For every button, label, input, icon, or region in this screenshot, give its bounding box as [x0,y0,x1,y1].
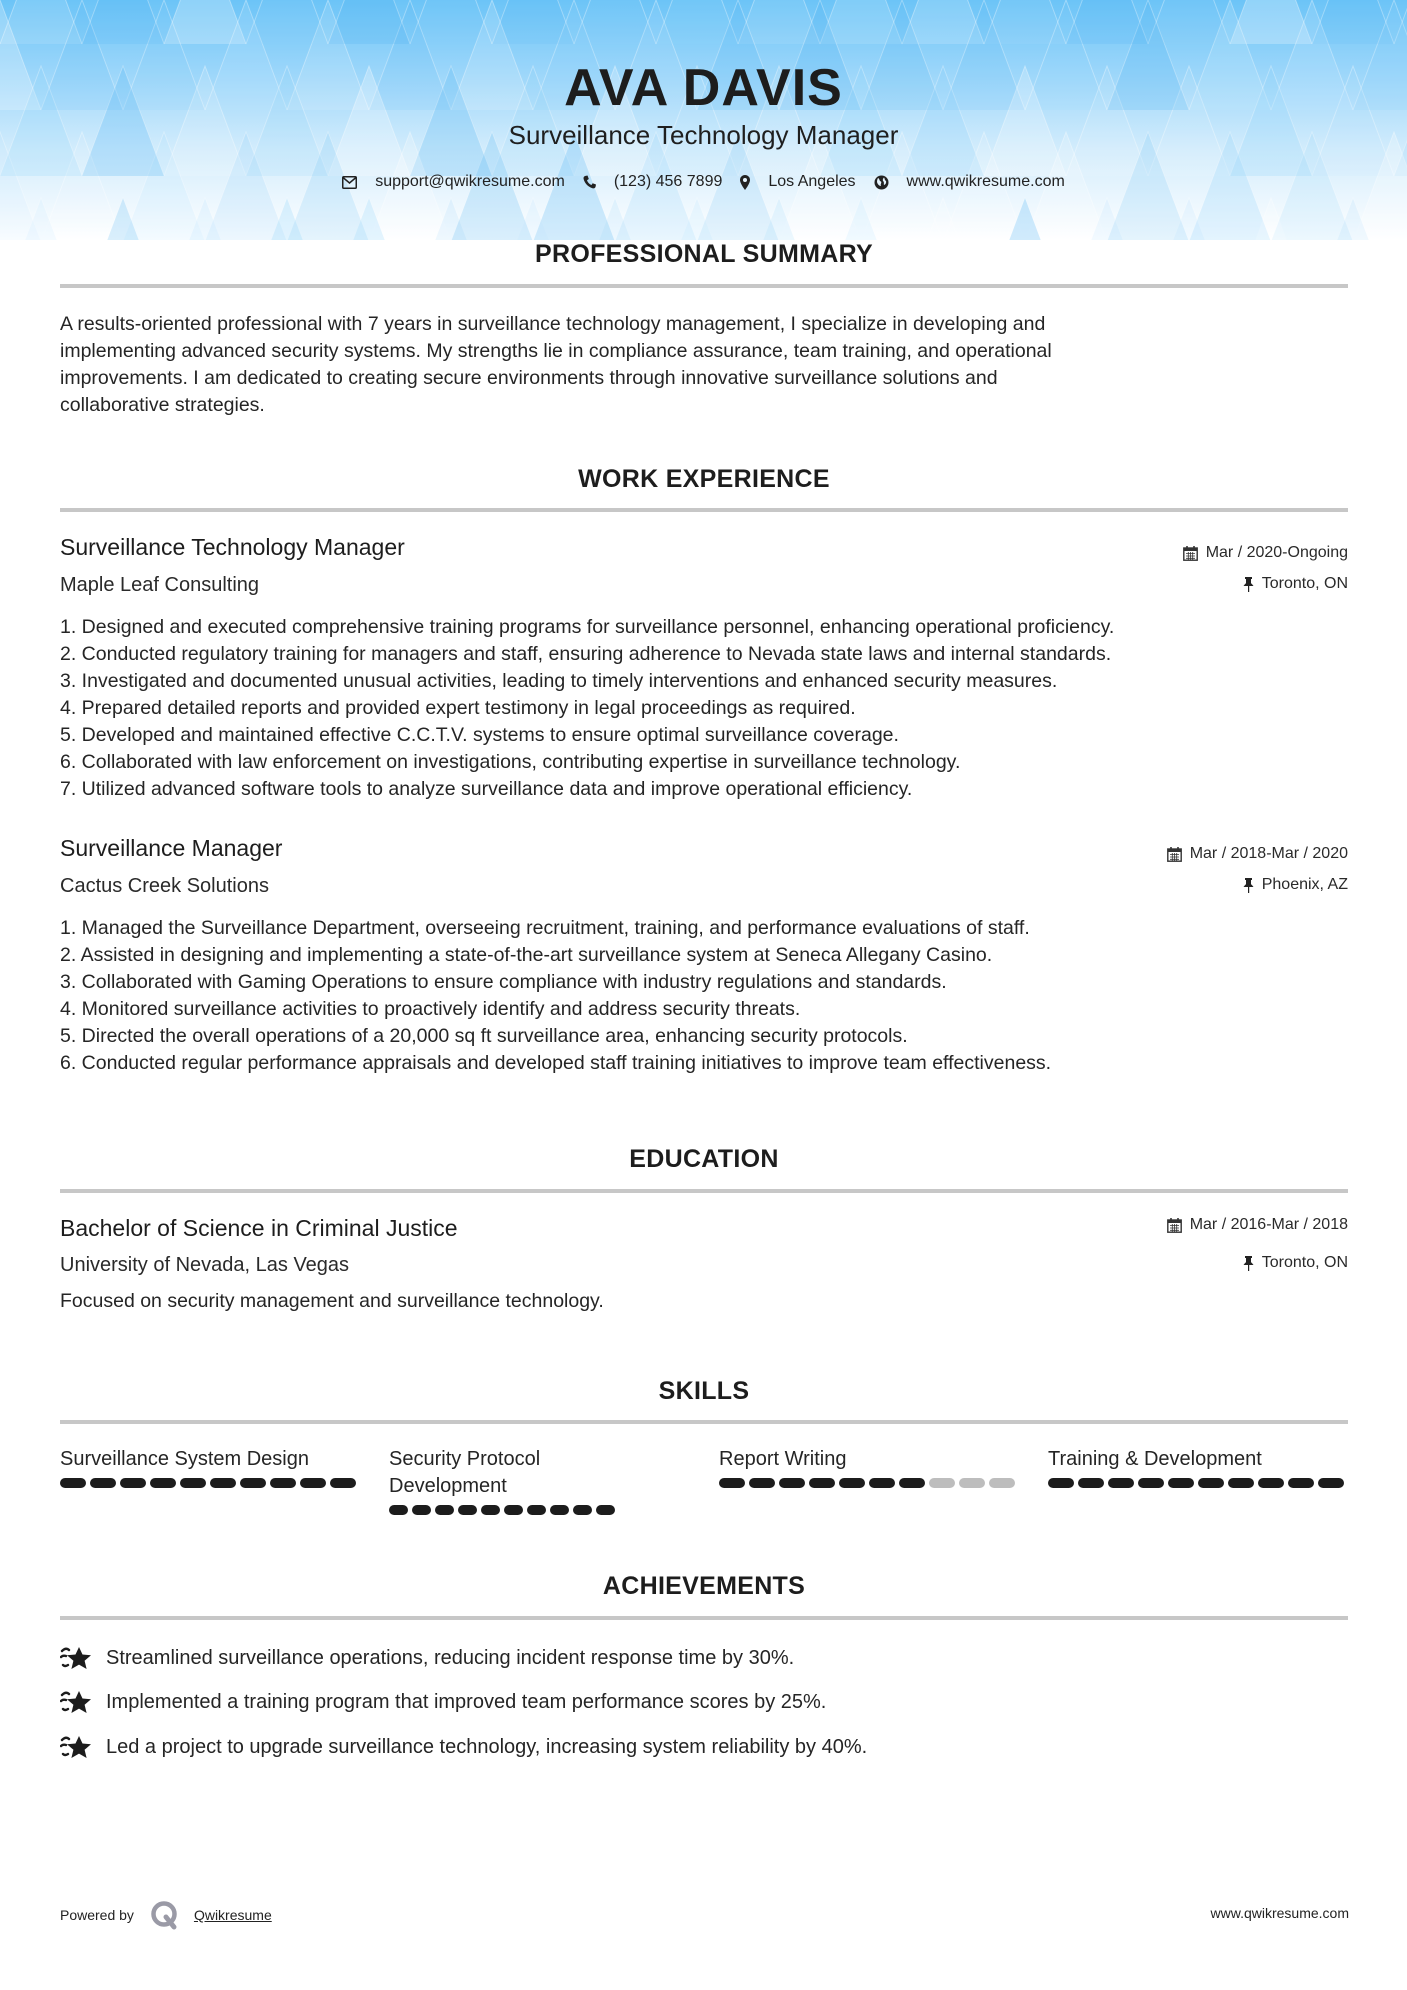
rating-dot-filled [899,1478,925,1488]
list-item: 5. Directed the overall operations of a … [60,1023,1360,1050]
rating-dot-filled [1198,1478,1224,1488]
candidate-title: Surveillance Technology Manager [0,120,1407,151]
job-responsibilities: 1. Managed the Surveillance Department, … [60,915,1360,1077]
degree-title: Bachelor of Science in Criminal Justice [60,1215,458,1242]
list-item: 3. Investigated and documented unusual a… [60,668,1360,695]
footer-website[interactable]: www.qwikresume.com [1211,1905,1349,1921]
contact-location: Los Angeles [740,173,855,191]
rating-dot-filled [481,1505,500,1515]
summary-text: A results-oriented professional with 7 y… [60,311,1350,419]
footer-powered-by: Powered by Qwikresume [60,1900,272,1930]
list-item: 5. Developed and maintained effective C.… [60,722,1360,749]
contact-website[interactable]: www.qwikresume.com [874,173,1065,191]
calendar-icon [1167,847,1182,862]
summary-line: A results-oriented professional with 7 y… [60,311,1350,338]
rating-dot-filled [809,1478,835,1488]
map-marker-icon [740,175,750,190]
job-company: Cactus Creek Solutions [60,875,269,898]
rating-dot-empty [929,1478,955,1488]
rating-dot-filled [210,1478,236,1488]
rating-dot-filled [1078,1478,1104,1488]
rating-dot-filled [596,1505,615,1515]
list-item: 6. Conducted regular performance apprais… [60,1050,1360,1077]
star-achievement-icon [60,1689,94,1715]
pushpin-icon [1243,577,1254,592]
rating-dot-filled [869,1478,895,1488]
section-divider [60,1616,1348,1620]
education-dates: Mar / 2016-Mar / 2018 [1167,1216,1348,1234]
rating-dot-filled [300,1478,326,1488]
contact-email[interactable]: support@qwikresume.com [342,173,565,191]
rating-dot-filled [435,1505,454,1515]
email-text: support@qwikresume.com [375,173,565,191]
pushpin-icon [1243,878,1254,893]
summary-line: collaborative strategies. [60,392,1350,419]
education-description: Focused on security management and surve… [60,1288,1350,1315]
rating-dot-filled [550,1505,569,1515]
school-name: University of Nevada, Las Vegas [60,1254,349,1277]
rating-dot-filled [90,1478,116,1488]
skill-item: Surveillance System Design [60,1446,360,1488]
job-title: Surveillance Technology Manager [60,534,405,561]
achievement-item: Streamlined surveillance operations, red… [60,1645,794,1671]
rating-dot-filled [1138,1478,1164,1488]
rating-dot-empty [989,1478,1015,1488]
rating-dot-filled [504,1505,523,1515]
section-heading-skills: SKILLS [60,1377,1348,1406]
pushpin-icon [1243,1256,1254,1271]
globe-icon [874,175,889,190]
rating-dot-empty [959,1478,985,1488]
section-divider [60,284,1348,288]
rating-dot-filled [779,1478,805,1488]
section-heading-experience: WORK EXPERIENCE [60,465,1348,494]
section-divider [60,1420,1348,1424]
website-text: www.qwikresume.com [907,173,1065,191]
section-heading-achievements: ACHIEVEMENTS [60,1572,1348,1601]
summary-line: improvements. I am dedicated to creating… [60,365,1350,392]
list-item: 2. Conducted regulatory training for man… [60,641,1360,668]
envelope-icon [342,176,357,189]
job-dates: Mar / 2020-Ongoing [1183,544,1348,562]
rating-dot-filled [60,1478,86,1488]
rating-dot-filled [527,1505,546,1515]
job-responsibilities: 1. Designed and executed comprehensive t… [60,614,1360,803]
powered-by-label: Powered by [60,1907,134,1923]
job-title: Surveillance Manager [60,835,282,862]
phone-icon [583,175,596,189]
star-achievement-icon [60,1734,94,1760]
rating-dot-filled [1228,1478,1254,1488]
list-item: 4. Prepared detailed reports and provide… [60,695,1360,722]
contact-phone[interactable]: (123) 456 7899 [583,173,723,191]
skill-item: Training & Development [1048,1446,1348,1488]
list-item: 7. Utilized advanced software tools to a… [60,776,1360,803]
rating-dot-filled [458,1505,477,1515]
candidate-name: AVA DAVIS [0,58,1407,118]
list-item: 4. Monitored surveillance activities to … [60,996,1360,1023]
rating-dot-filled [330,1478,356,1488]
section-heading-education: EDUCATION [60,1145,1348,1174]
resume-header: AVA DAVIS Surveillance Technology Manage… [0,0,1407,240]
contact-bar: support@qwikresume.com (123) 456 7899 Lo… [0,173,1407,191]
list-item: 3. Collaborated with Gaming Operations t… [60,969,1360,996]
rating-dot-filled [719,1478,745,1488]
phone-text: (123) 456 7899 [614,173,723,191]
section-divider [60,1189,1348,1193]
skill-rating [719,1478,1019,1488]
list-item: 6. Collaborated with law enforcement on … [60,749,1360,776]
job-location: Toronto, ON [1243,575,1348,593]
rating-dot-filled [1168,1478,1194,1488]
skill-rating [1048,1478,1348,1488]
rating-dot-filled [270,1478,296,1488]
skill-item: Report Writing [719,1446,1019,1488]
rating-dot-filled [412,1505,431,1515]
education-location: Toronto, ON [1243,1254,1348,1272]
list-item: 2. Assisted in designing and implementin… [60,942,1360,969]
rating-dot-filled [749,1478,775,1488]
skill-item: Security Protocol Development [389,1446,619,1515]
star-achievement-icon [60,1645,94,1671]
section-heading-summary: PROFESSIONAL SUMMARY [60,240,1348,269]
list-item: 1. Managed the Surveillance Department, … [60,915,1360,942]
location-text: Los Angeles [768,173,855,191]
calendar-icon [1167,1218,1182,1233]
rating-dot-filled [240,1478,266,1488]
job-location: Phoenix, AZ [1243,876,1348,894]
section-divider [60,508,1348,512]
skill-rating [389,1505,619,1515]
rating-dot-filled [150,1478,176,1488]
job-dates: Mar / 2018-Mar / 2020 [1167,845,1348,863]
rating-dot-filled [573,1505,592,1515]
job-company: Maple Leaf Consulting [60,574,259,597]
rating-dot-filled [120,1478,146,1488]
rating-dot-filled [389,1505,408,1515]
qwikresume-link[interactable]: Qwikresume [194,1907,272,1923]
achievement-item: Implemented a training program that impr… [60,1689,826,1715]
rating-dot-filled [839,1478,865,1488]
achievement-item: Led a project to upgrade surveillance te… [60,1734,867,1760]
skill-rating [60,1478,360,1488]
summary-line: implementing advanced security systems. … [60,338,1350,365]
rating-dot-filled [1258,1478,1284,1488]
rating-dot-filled [1288,1478,1314,1488]
qwikresume-logo-icon [150,1900,180,1930]
rating-dot-filled [1108,1478,1134,1488]
rating-dot-filled [1318,1478,1344,1488]
rating-dot-filled [180,1478,206,1488]
list-item: 1. Designed and executed comprehensive t… [60,614,1360,641]
calendar-icon [1183,546,1198,561]
rating-dot-filled [1048,1478,1074,1488]
